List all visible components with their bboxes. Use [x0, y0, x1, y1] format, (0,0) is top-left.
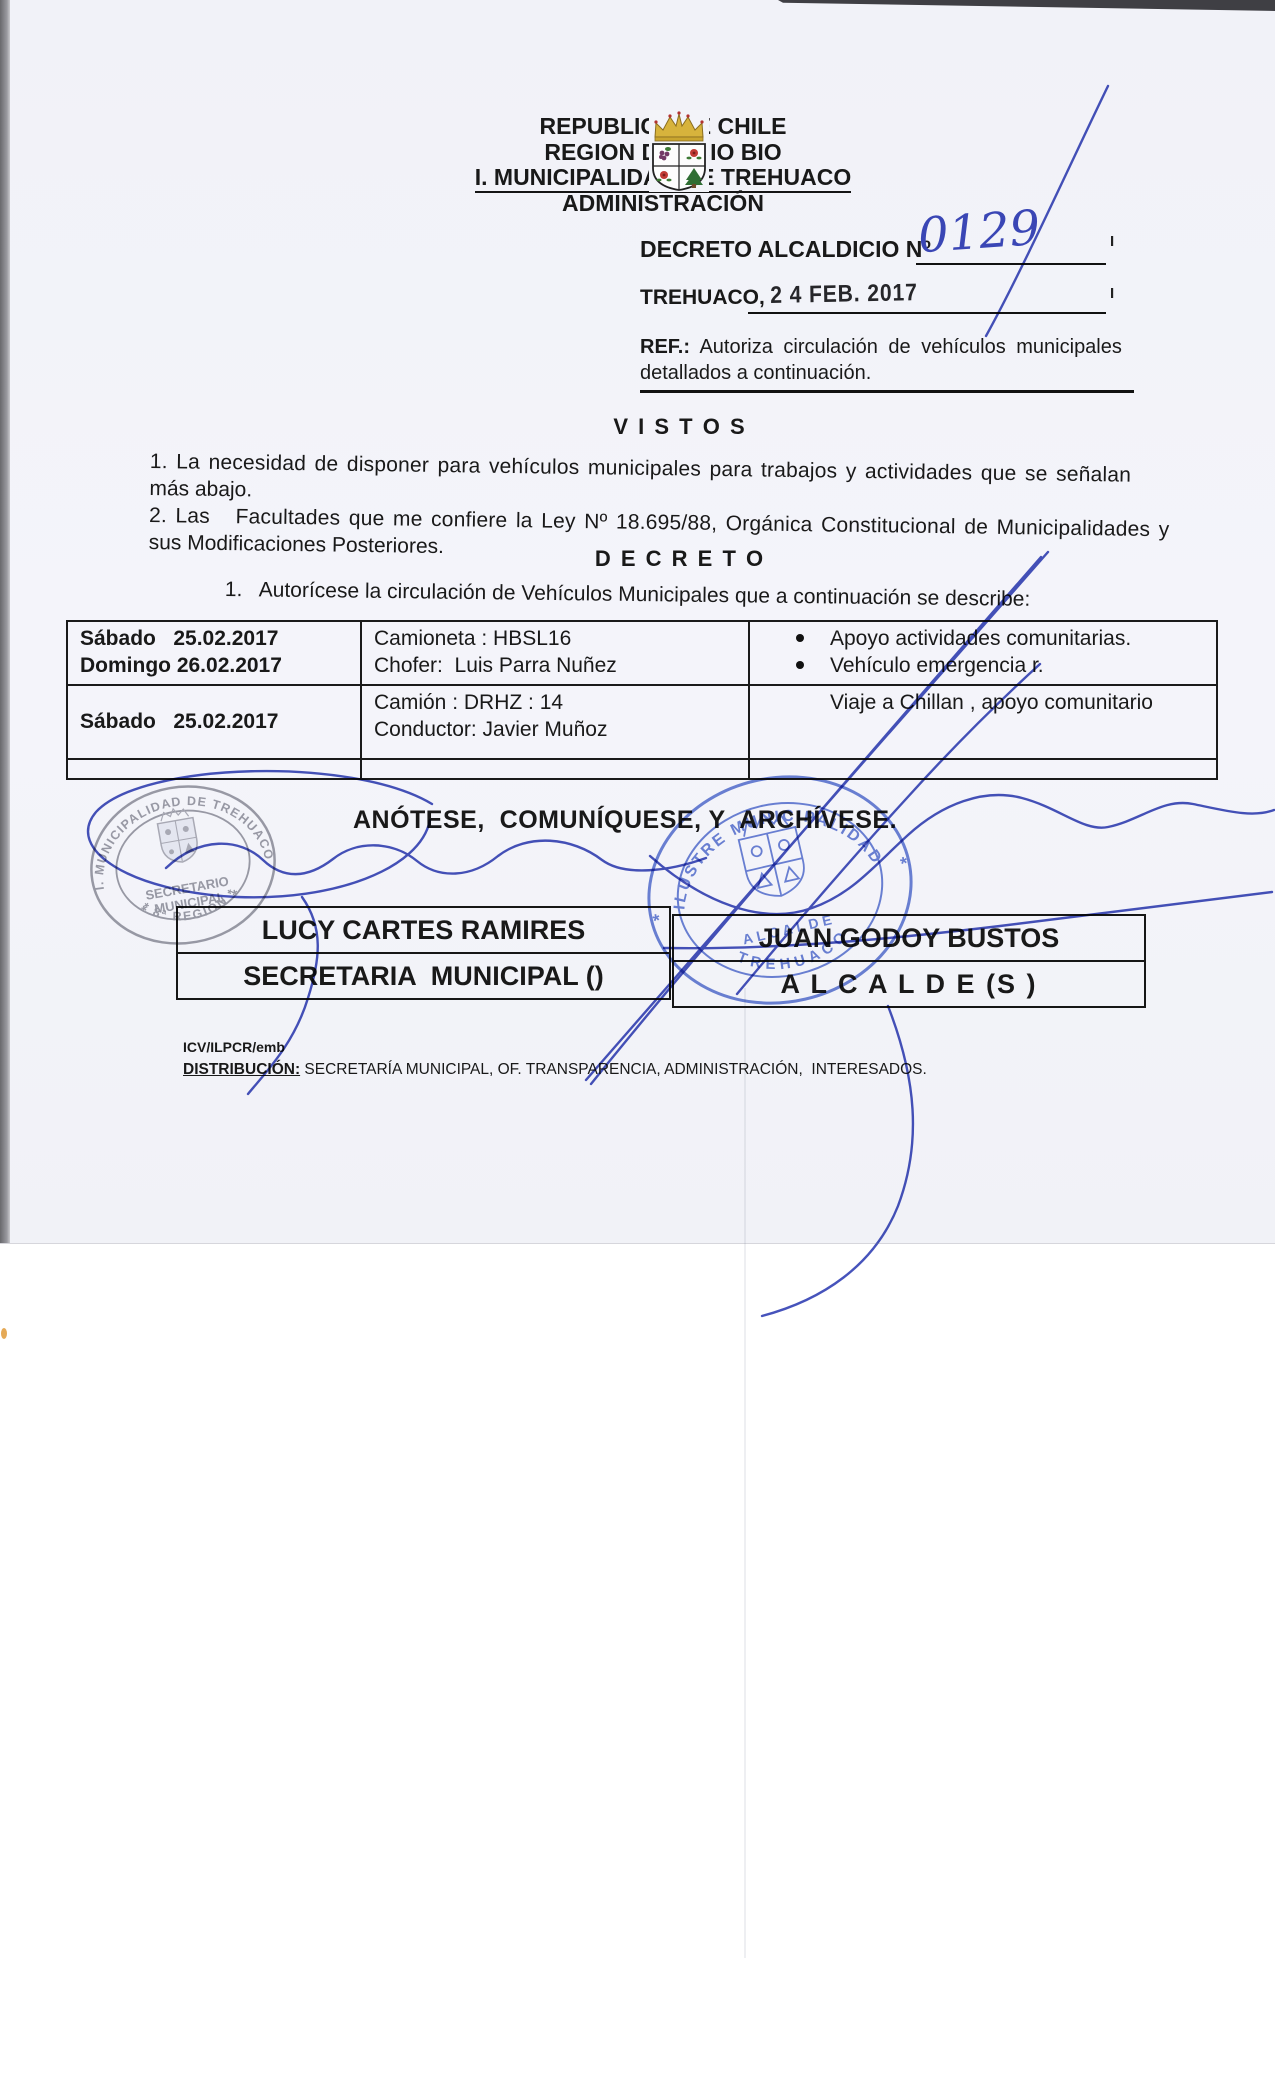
date-line-end-mark: I [1110, 285, 1114, 302]
dust-speck [1, 1328, 7, 1339]
vistos-heading: V I S T O S [430, 414, 930, 440]
drafter-initials: ICV/ILPCR/emb [183, 1039, 285, 1055]
vehicles-table: Sábado 25.02.2017 Domingo 26.02.2017 Cam… [66, 620, 1218, 780]
paper-crease-line [744, 988, 746, 1958]
bullet-item: Apoyo actividades comunitarias. [796, 625, 1210, 652]
signer-title: SECRETARIA MUNICIPAL () [178, 954, 669, 998]
decree-number-label: DECRETO ALCALDICIO Nº [640, 236, 931, 263]
table-cell-vehicle: Camioneta : HBSL16 Chofer: Luis Parra Nu… [362, 622, 750, 686]
table-cell-purpose: Viaje a Chillan , apoyo comunitario [750, 686, 1216, 760]
decreto-heading: D E C R E T O [430, 546, 930, 572]
scanned-decree-page: { "page": { "paper_color": "#f3f4f9", "i… [0, 0, 1275, 2100]
table-cell-purpose: Apoyo actividades comunitarias. Vehículo… [750, 622, 1216, 686]
stamp-center-text: ALCALDE [741, 911, 837, 948]
bullet-item: Vehículo emergencia r. [796, 652, 1210, 679]
scan-page-bottom-edge [0, 1243, 1275, 1244]
handwritten-decree-number: 0129 [916, 200, 1042, 264]
crown-band [655, 137, 703, 141]
ref-block: REF.: Autoriza circulación de vehículos … [640, 334, 1134, 393]
table-cell-dates: Sábado 25.02.2017 [68, 686, 362, 760]
bullet-icon [796, 661, 804, 669]
distribution-label: DISTRIBUCIÓN: [183, 1061, 300, 1078]
distribution-text: SECRETARÍA MUNICIPAL, OF. TRANSPARENCIA,… [300, 1061, 927, 1078]
ref-rule [640, 390, 1134, 393]
decree-number-underline [916, 263, 1106, 265]
decree-line-end-mark: I [1110, 233, 1114, 250]
scanner-edge-left [0, 0, 10, 1243]
table-cell-vehicle: Camión : DRHZ : 14 Conductor: Javier Muñ… [362, 686, 750, 760]
date-underline [748, 312, 1106, 314]
table-cell-empty [362, 760, 750, 778]
ref-line-1: REF.: Autoriza circulación de vehículos … [640, 334, 1134, 360]
letterhead-line-department: ADMINISTRACIÓN [408, 191, 918, 217]
coat-of-arms-icon [649, 110, 709, 192]
table-cell-dates: Sábado 25.02.2017 Domingo 26.02.2017 [68, 622, 362, 686]
ref-line-2: detallados a continuación. [640, 360, 1134, 386]
distribution-line: DISTRIBUCIÓN: SECRETARÍA MUNICIPAL, OF. … [183, 1061, 927, 1079]
date-stamp: 2 4 FEB. 2017 [770, 279, 918, 310]
ref-text: Autoriza circulación de vehículos munici… [690, 336, 1122, 358]
ref-label: REF.: [640, 336, 690, 358]
bullet-icon [796, 634, 804, 642]
secretary-round-stamp: I. MUNICIPALIDAD DE TREHUACO * 8ª REGIÓN… [70, 764, 296, 966]
place-date-label: TREHUACO, [640, 286, 765, 310]
